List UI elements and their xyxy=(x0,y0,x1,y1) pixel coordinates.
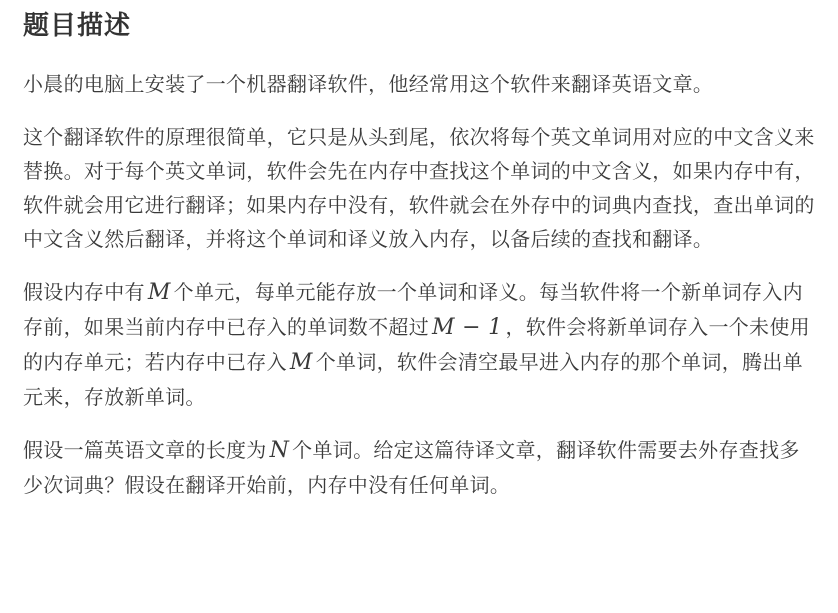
text-segment: 假设内存中有 xyxy=(23,280,145,304)
section-title: 题目描述 xyxy=(23,0,815,44)
math-variable-n: N xyxy=(267,438,293,463)
math-expression-m-minus-1: M − 1 xyxy=(429,315,505,340)
paragraph-memory: 假设内存中有M个单元，每单元能存放一个单词和译义。每当软件将一个新单词存入内存前… xyxy=(23,275,815,414)
text-segment: 假设一篇英语文章的长度为 xyxy=(23,438,267,462)
paragraph-intro: 小晨的电脑上安装了一个机器翻译软件，他经常用这个软件来翻译英语文章。 xyxy=(23,67,815,101)
paragraph-principle: 这个翻译软件的原理很简单，它只是从头到尾，依次将每个英文单词用对应的中文含义来替… xyxy=(23,120,815,256)
math-variable-m: M xyxy=(145,280,174,305)
problem-description: 题目描述 小晨的电脑上安装了一个机器翻译软件，他经常用这个软件来翻译英语文章。 … xyxy=(0,0,815,502)
paragraph-question: 假设一篇英语文章的长度为N个单词。给定这篇待译文章，翻译软件需要去外存查找多少次… xyxy=(23,433,815,502)
math-variable-m: M xyxy=(287,350,316,375)
